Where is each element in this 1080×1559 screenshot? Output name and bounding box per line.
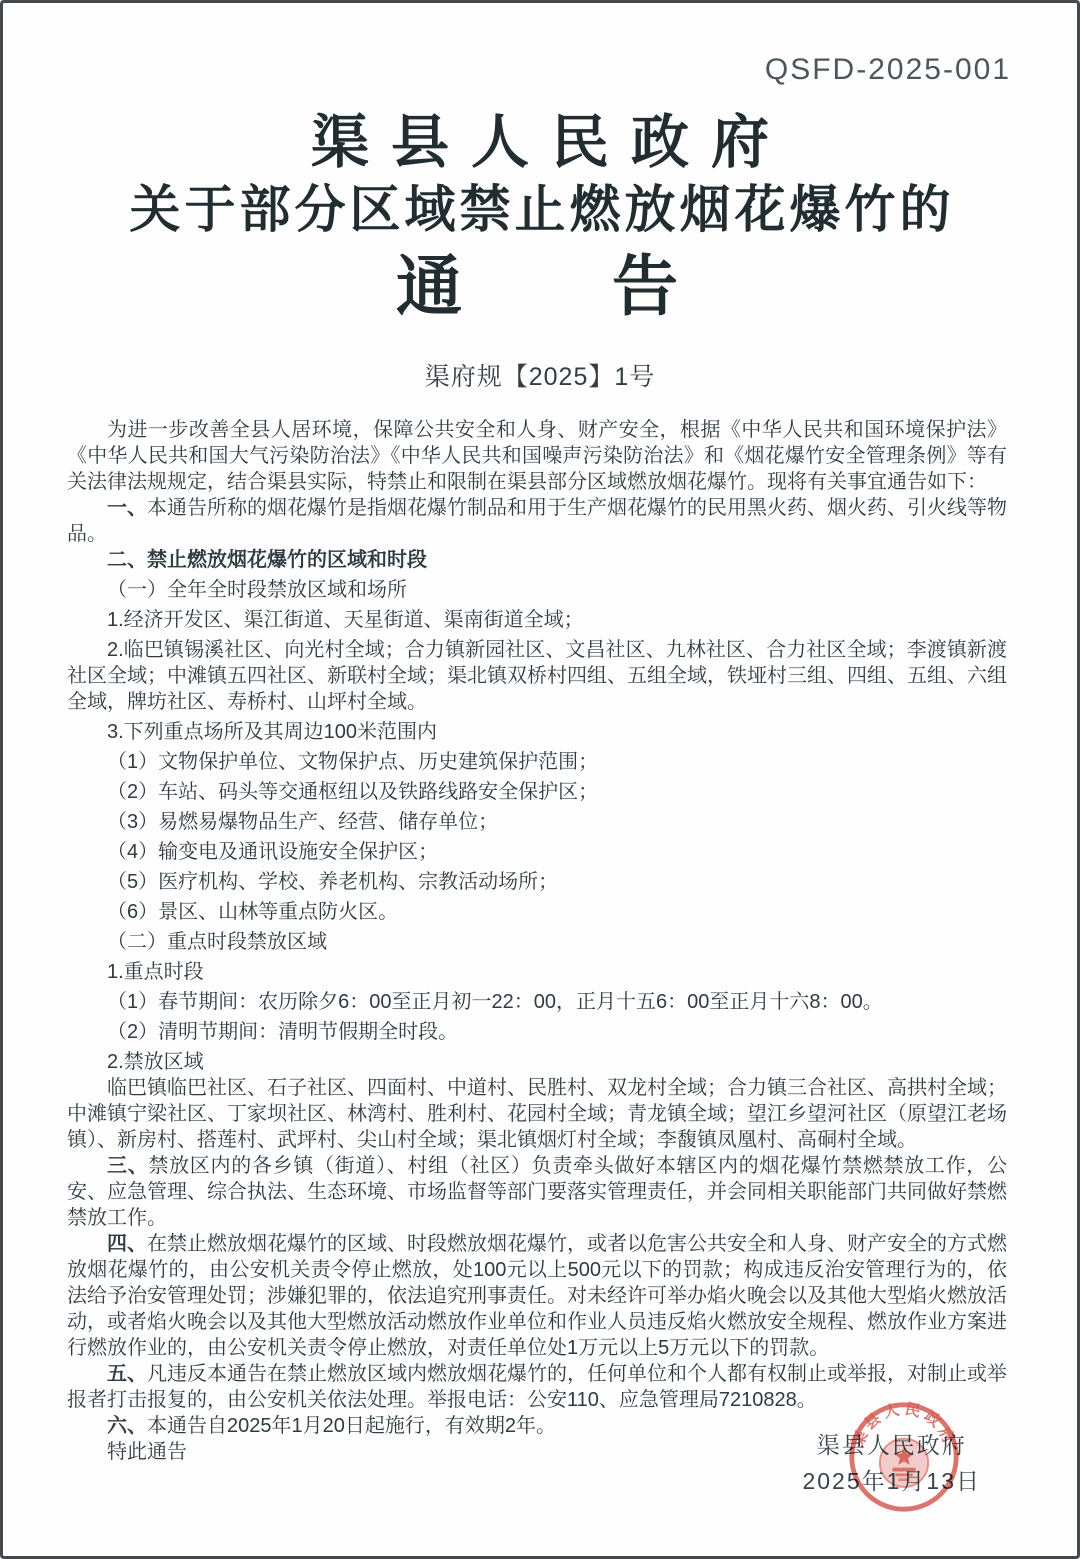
subject-title: 关于部分区域禁止燃放烟花爆竹的 [3, 179, 1077, 243]
restricted-area-list: 临巴镇临巴社区、石子社区、四面村、中道村、民胜村、双龙村全域；合力镇三合社区、高… [67, 1075, 1007, 1153]
key-period-item-1: （1）春节期间：农历除夕6：00至正月初一22：00，正月十五6：00至正月十六… [67, 989, 1007, 1015]
title-block: 渠县人民政府 关于部分区域禁止燃放烟花爆竹的 通 告 [3, 107, 1077, 329]
list-item-area-1: 1.经济开发区、渠江街道、天星街道、渠南街道全域； [67, 607, 1007, 633]
subsection-2-2-heading: （二）重点时段禁放区域 [67, 929, 1007, 955]
subsection-2-1-heading: （一）全年全时段禁放区域和场所 [67, 577, 1007, 603]
list-item-area-3: 3.下列重点场所及其周边100米范围内 [67, 719, 1007, 745]
issuer-title: 渠县人民政府 [3, 107, 1077, 179]
doc-code: QSFD-2025-001 [765, 53, 1011, 87]
notice-document: QSFD-2025-001 渠县人民政府 关于部分区域禁止燃放烟花爆竹的 通 告… [0, 0, 1080, 1559]
section-3-paragraph: 三、禁放区内的各乡镇（街道）、村组（社区）负责牵头做好本辖区内的烟花爆竹禁燃禁放… [67, 1153, 1007, 1231]
doc-number: 渠府规【2025】1号 [3, 357, 1077, 393]
key-place-item-2: （2）车站、码头等交通枢纽以及铁路线路安全保护区； [67, 779, 1007, 805]
official-seal: 渠县人民政府 [846, 1399, 962, 1515]
section-2-heading: 二、禁止燃放烟花爆竹的区域和时段 [67, 547, 1007, 573]
key-place-item-4: （4）输变电及通讯设施安全保护区； [67, 839, 1007, 865]
intro-paragraph: 为进一步改善全县人居环境，保障公共安全和人身、财产安全，根据《中华人民共和国环境… [67, 417, 1007, 495]
key-place-item-6: （6）景区、山林等重点防火区。 [67, 899, 1007, 925]
section-4-paragraph: 四、在禁止燃放烟花爆竹的区域、时段燃放烟花爆竹，或者以危害公共安全和人身、财产安… [67, 1231, 1007, 1361]
key-place-item-3: （3）易燃易爆物品生产、经营、储存单位； [67, 809, 1007, 835]
doc-type-title: 通 告 [3, 247, 1077, 329]
key-period-heading: 1.重点时段 [67, 959, 1007, 985]
national-emblem-icon [880, 1439, 928, 1487]
key-place-item-5: （5）医疗机构、学校、养老机构、宗教活动场所； [67, 869, 1007, 895]
section-1-paragraph: 一、本通告所称的烟花爆竹是指烟花爆竹制品和用于生产烟花爆竹的民用黑火药、烟火药、… [67, 495, 1007, 547]
notice-body: 为进一步改善全县人居环境，保障公共安全和人身、财产安全，根据《中华人民共和国环境… [67, 417, 1007, 1465]
key-period-item-2: （2）清明节期间：清明节假期全时段。 [67, 1019, 1007, 1045]
list-item-area-2: 2.临巴镇锡溪社区、向光村全域；合力镇新园社区、文昌社区、九林社区、合力社区全域… [67, 637, 1007, 715]
key-place-item-1: （1）文物保护单位、文物保护点、历史建筑保护范围； [67, 749, 1007, 775]
restricted-area-heading: 2.禁放区域 [67, 1049, 1007, 1075]
